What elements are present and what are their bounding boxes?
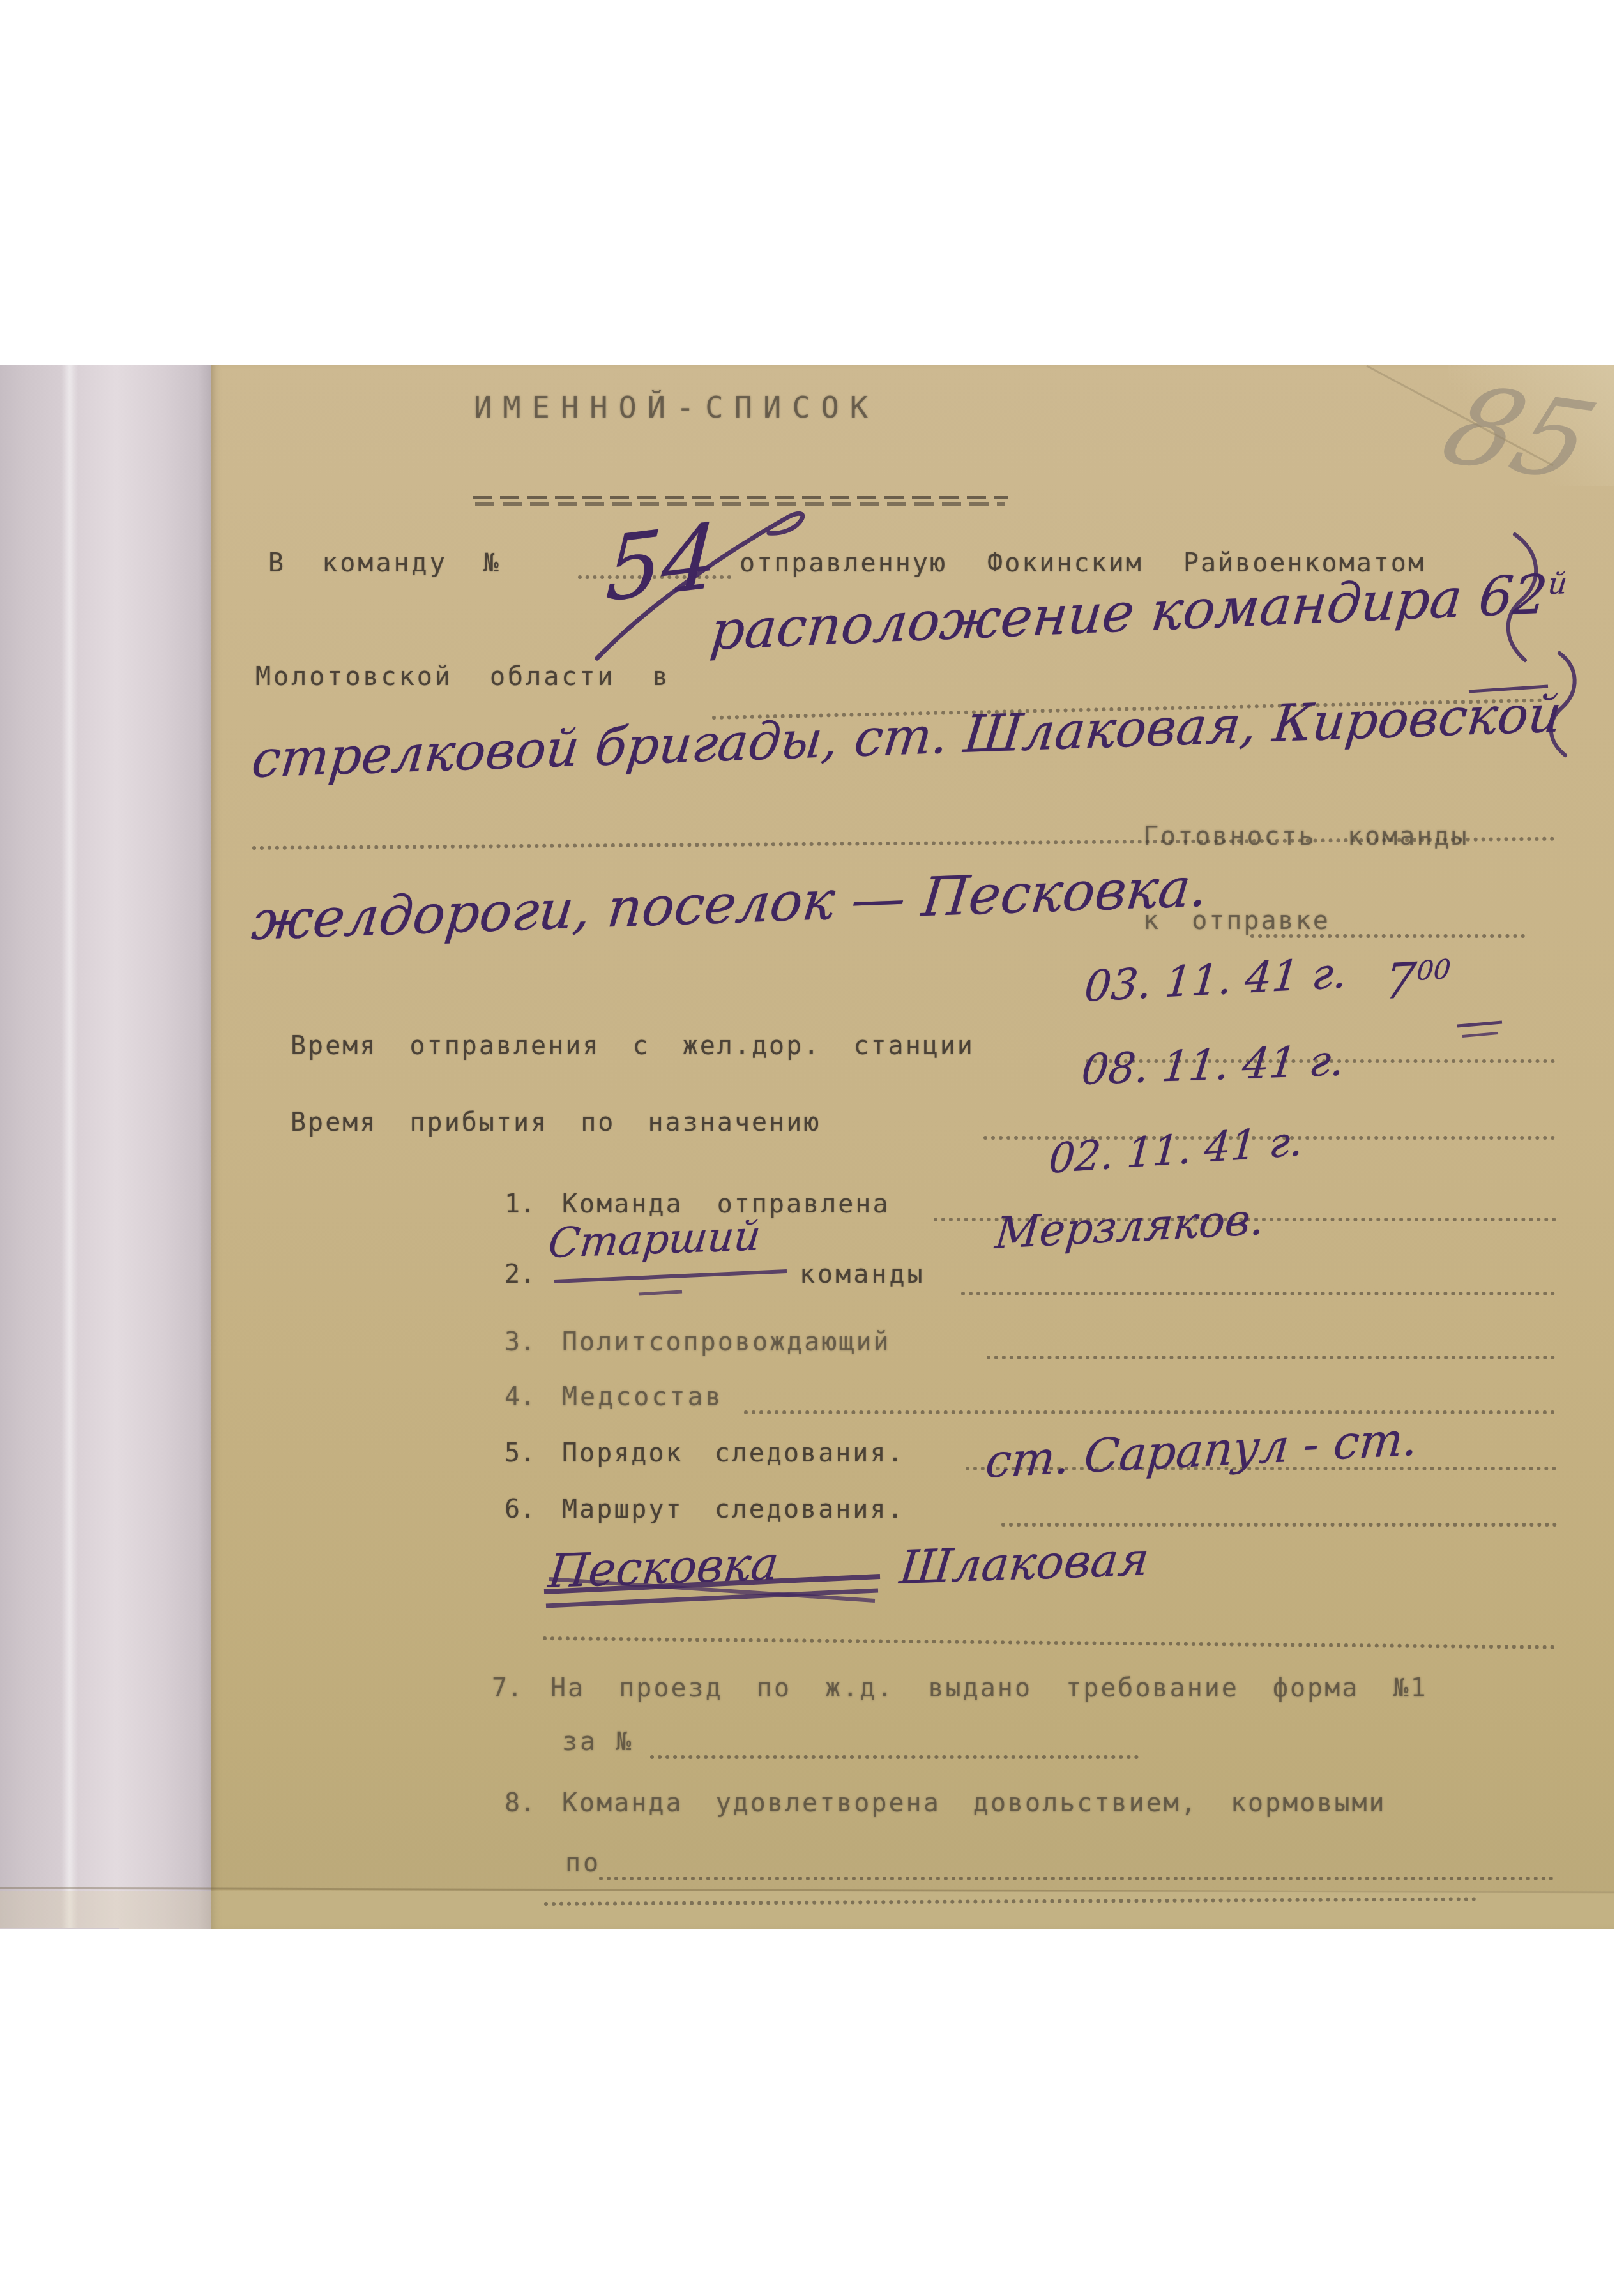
list-item-4-label: Медсостав <box>562 1382 724 1412</box>
list-item-6-label: Маршрут следования. <box>562 1495 905 1524</box>
readiness-label-line2: к отправке <box>1143 906 1330 935</box>
departure-time-label: Время отправления с жел.дор. станции <box>291 1031 975 1061</box>
list-item-5-label: Порядок следования. <box>562 1439 905 1468</box>
departure-hour-text: 7 <box>1383 951 1418 1010</box>
intro-oblast-label: Молотовской области в <box>255 662 671 691</box>
handwritten-departure-hour: 700 <box>1383 949 1452 1010</box>
photo-of-archive-pages: 85 ИМЕННОЙ-СПИСОК В команду № 54 отправл… <box>0 365 1614 1929</box>
list-item-8-dotted-leader <box>599 1877 1554 1880</box>
list-item-3-number: 3. <box>505 1327 535 1357</box>
list-item-2-dotted-leader <box>961 1292 1555 1295</box>
list-item-7-dotted-leader <box>650 1755 1139 1759</box>
title-underline-dash-row <box>475 502 1005 506</box>
list-item-6-number: 6. <box>505 1495 535 1524</box>
handwritten-team-number: 54 <box>603 504 720 622</box>
page-edge-crease <box>61 365 78 1929</box>
list-item-8-po-label: по <box>565 1848 601 1878</box>
underlying-sheet <box>0 1891 1614 1929</box>
list-item-8-label: Команда удовлетворена довольствием, корм… <box>562 1788 1386 1818</box>
list-item-1-number: 1. <box>505 1190 535 1219</box>
list-item-4-dotted-leader <box>744 1410 1555 1414</box>
list-item-7-label: На проезд по ж.д. выдано требование форм… <box>550 1673 1428 1703</box>
list-item-5-number: 5. <box>505 1439 535 1468</box>
list-item-6-dotted-leader <box>1001 1523 1557 1527</box>
list-item-7-number-label: за № <box>562 1727 634 1756</box>
handwritten-arrival-date: 08. 11. 41 г. <box>1079 1036 1347 1094</box>
list-item-2-label: команды <box>800 1260 925 1289</box>
arrival-time-label: Время прибытия по назначению <box>291 1108 821 1137</box>
page-edge-foot <box>0 1928 119 1929</box>
list-item-4-number: 4. <box>505 1382 535 1412</box>
list-item-3-label: Политсопровождающий <box>562 1327 891 1357</box>
scanned-document-page: 85 ИМЕННОЙ-СПИСОК В команду № 54 отправл… <box>0 0 1624 2296</box>
intro-to-team-label: В команду № <box>268 548 501 578</box>
handwritten-item-6-route-line2: Шлаковая <box>897 1532 1151 1594</box>
list-item-7-number: 7. <box>492 1673 522 1703</box>
handwritten-item-2-word: Старший <box>546 1212 763 1267</box>
handwritten-item-6-struck-station: Песковка <box>546 1536 782 1598</box>
list-item-3-dotted-leader <box>987 1356 1555 1359</box>
list-item-8-number: 8. <box>505 1788 535 1818</box>
departure-hour-superscript: 00 <box>1415 953 1452 986</box>
list-item-2-number: 2. <box>505 1260 535 1289</box>
previous-page-edge <box>0 365 211 1929</box>
destination-line1-superscript: й <box>1547 566 1569 601</box>
title-underline-dash-row <box>473 496 1008 499</box>
document-title: ИМЕННОЙ-СПИСОК <box>474 390 879 425</box>
readiness-dotted-leader <box>1250 934 1525 938</box>
readiness-label-line1: Готовность команды <box>1143 822 1468 851</box>
